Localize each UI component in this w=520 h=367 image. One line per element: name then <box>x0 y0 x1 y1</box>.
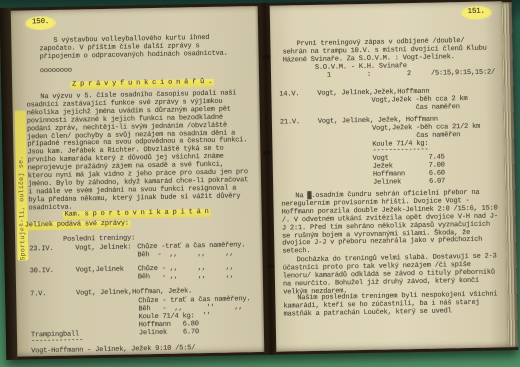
left-page: 150. Sportuješ-li, oulíčej se. S výstavb… <box>11 6 265 357</box>
closing-note: Našim posledním treningem byli nespokoje… <box>283 291 501 319</box>
training-row: 7.V. Vogt, Jelínek,Hoffman, Ježek. Chůze… <box>11 6 258 11</box>
training-date: 21.V. <box>280 119 300 127</box>
training-date: 30.IV. <box>30 268 54 276</box>
captain-heading-line1: Kam. s p o r t o v n í k a p i t á n <box>63 209 211 220</box>
athlete-distance: 6.07 <box>429 178 445 186</box>
captain-heading-line2: Jelínek podává své zprávy: <box>23 220 131 230</box>
training-date: 23.IV. <box>29 246 53 254</box>
match-intro: První treningový zápas v odbíjené /doubl… <box>282 37 492 65</box>
right-page: 151. První treningový zápas v odbíjené /… <box>270 1 509 351</box>
training-details: Vogt,Ježek -běh cca 2 km čas naměřen <box>371 96 467 114</box>
training-details: Chůze -trať a čas naměřeny. Běh - ,, ,, … <box>137 242 245 260</box>
binding-mark <box>268 265 274 268</box>
training-row: 21.V. Vogt, Jelínek, Ježek, Hoffmann Vog… <box>270 1 502 5</box>
training-date: 7.V. <box>30 291 46 299</box>
trampingball-rule: ------------- <box>31 337 83 346</box>
section-heading: Z p r á v y f u n k c i o n á ř ů . <box>70 79 214 90</box>
functionaries-report: Na výzvu v 5. čísle osadního časopisu po… <box>26 90 252 213</box>
training-details: Chůze - ,, ,, ,, Běh - ,, ,, ,, <box>138 265 234 283</box>
training-row: 23.IV. Vogt, Jelínek: Chůze -trať a čas … <box>11 6 258 11</box>
scanned-book: 150. Sportuješ-li, oulíčej se. S výstavb… <box>0 0 518 360</box>
score-sets: /5:15,9:15,15:2/ <box>431 69 495 78</box>
binding-mark <box>263 55 270 59</box>
training-details: Chůze - trať a čas naměřeny. Běh - ,, ''… <box>138 296 251 338</box>
training-people: Vogt,Jelínek <box>76 267 124 276</box>
separator-row: oooooooo <box>40 68 72 77</box>
left-page-number: 150. <box>25 16 56 31</box>
training-date: 14.V. <box>279 91 299 99</box>
trampingball-result: Vogt-Hoffmann - Jelínek, Ježek 9:10 /5:5… <box>31 345 195 356</box>
score-result: 1 : 2 <box>327 71 411 81</box>
binding-mark <box>263 151 270 155</box>
training-row: 30.IV. Vogt,Jelínek Chůze - ,, ,, ,, Běh… <box>11 6 258 11</box>
shot-put-row: Jelínek 6.07 <box>373 178 445 187</box>
intro-paragraph: S výstavbou volleyballového kurtu ihned … <box>39 34 243 62</box>
training-row: 14.V. Vogt, Jelínek,Ježek,Hoffmann Vogt,… <box>270 1 502 5</box>
training-people: Vogt, Jelínek: <box>75 244 131 253</box>
athlete-name: Jelínek <box>373 179 401 187</box>
tournament-report: Na █.osadním čundru sehrán oficielní pře… <box>281 189 500 256</box>
score-row: 1 : 2 /5:15,9:15,15:2/ <box>270 1 502 5</box>
right-page-number: 151. <box>461 6 492 21</box>
